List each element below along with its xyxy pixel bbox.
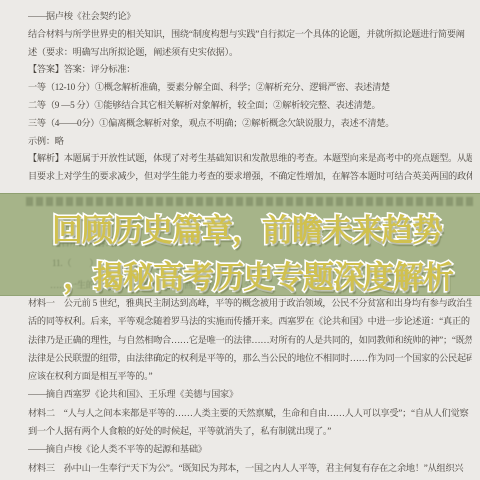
document-line: 材料二 “人与人之间本来都是平等的……人类主要的天然禀赋，生命和自由……人人可以… bbox=[28, 404, 472, 422]
document-line: ——摘自卢梭《论人类不平等的起源和基础》 bbox=[28, 440, 472, 458]
document-line: 法律是公民联盟的纽带，由法律确定的权利是平等的，那么当公民的地位不相同时……作为… bbox=[28, 349, 472, 367]
document-line: 到一个人据有两个人食粮的好处的时候起，平等就消失了，私有制就出现了。” bbox=[28, 422, 472, 440]
document-line: 【答案】答案：评分标准： bbox=[28, 61, 472, 79]
document-line: 述（要求：明确写出所拟论题，阐述须有史实依据）。 bbox=[28, 44, 472, 62]
document-line: ——摘自西塞罗《论共和国》、王乐理《美德与国家》 bbox=[28, 385, 472, 403]
promo-banner-overlay: 结合所学内容…… 11.（ ）…… ……一生的奋斗目标，阅读材料，回答问题。（2… bbox=[0, 193, 480, 296]
document-line: 三等（4——0分）①偏离概念解析对象，观点不明确；②解析概念欠缺说服力，表述不清… bbox=[28, 115, 472, 133]
document-line: 二等（9 —5 分）①能够结合其它相关解析对象解析，较全面；②解析较完整、表述清… bbox=[28, 97, 472, 115]
document-line: 材料三 孙中山一生奉行“天下为公”。“既知民为邦本，一国之内人人平等，君主何复有… bbox=[28, 459, 472, 477]
banner-headline-line2: ，揭秘高考历史专题深度解析 bbox=[63, 252, 453, 297]
document-line: 结合材料与所学世界史的相关知识，围绕“制度构想与实践”自行拟定一个具体的论题，并… bbox=[28, 26, 472, 44]
document-line: 目要求上对学生的要求减少，但对学生能力考查的要求增强，不确定性增加，在解答本题时… bbox=[28, 168, 472, 186]
document-line: 应该在权利方面是相互平等的。” bbox=[28, 367, 472, 385]
document-line: 一等（12-10 分）①概念解析准确，要素分解全面、科学；②解析充分、逻辑严密、… bbox=[28, 79, 472, 97]
document-line: 【解析】本题属于开放性试题，体现了对考生基础知识和发散思维的考查。本题型向来是高… bbox=[28, 150, 472, 168]
document-line: 活的同等权利。后来，平等观念随着罗马法的实施而传播开来。西塞罗在《论共和国》中进… bbox=[28, 312, 472, 330]
document-page: ——据卢梭《社会契约论》 结合材料与所学世界史的相关知识，围绕“制度构想与实践”… bbox=[0, 0, 480, 480]
document-text-top: ——据卢梭《社会契约论》 结合材料与所学世界史的相关知识，围绕“制度构想与实践”… bbox=[28, 8, 472, 186]
document-line: 材料一 公元前 5 世纪，雅典民主制达到高峰，平等的概念被用于政治领域，公民不分… bbox=[28, 294, 472, 312]
document-line: ——据卢梭《社会契约论》 bbox=[28, 8, 472, 26]
document-line: 法律乃是正确的理性，与自然相吻合……它是唯一的法律……对所有的人是共同的，如同教… bbox=[28, 331, 472, 349]
document-line: 示例：略 bbox=[28, 133, 472, 151]
banner-headline-line1: 回顾历史篇章，前瞻未来趋势 bbox=[52, 205, 442, 250]
document-text-bottom: 材料一 公元前 5 世纪，雅典民主制达到高峰，平等的概念被用于政治领域，公民不分… bbox=[28, 294, 472, 477]
